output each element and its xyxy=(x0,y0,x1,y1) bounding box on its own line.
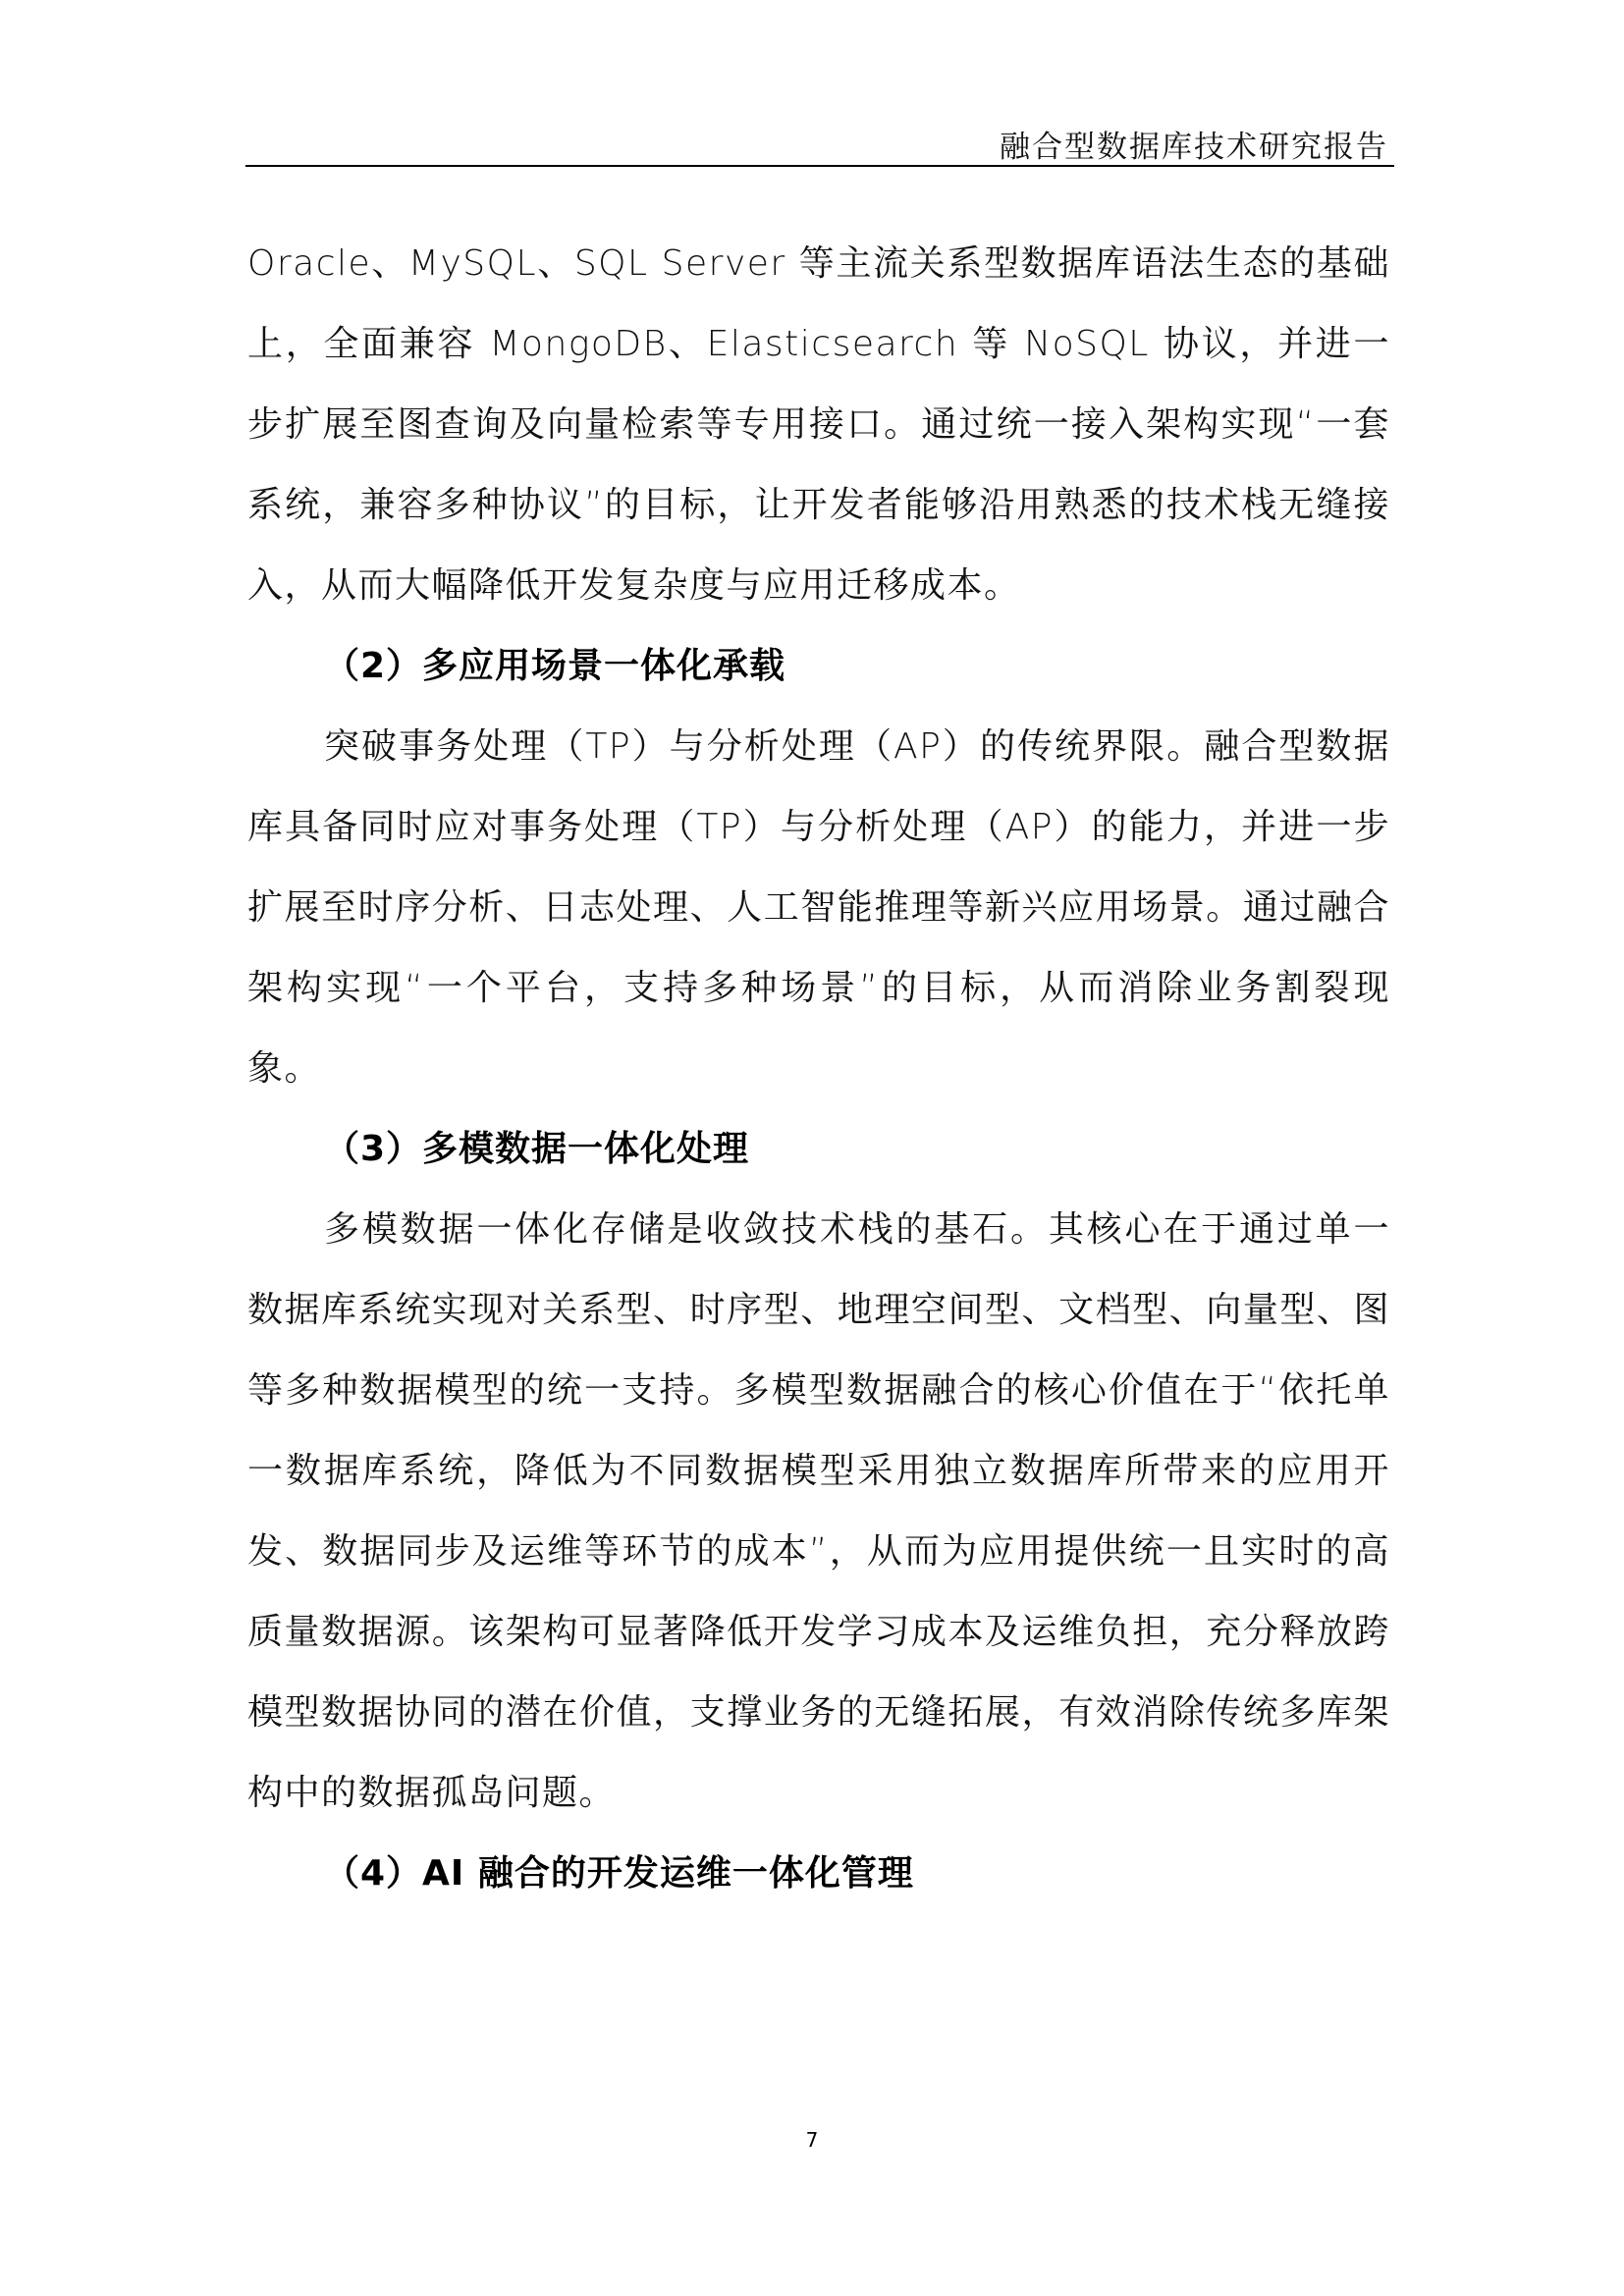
section-heading-multi-model: （3）多模数据一体化处理 xyxy=(247,1109,1390,1190)
paragraph-multi-scenario: 突破事务处理（TP）与分析处理（AP）的传统界限。融合型数据库具备同时应对事务处… xyxy=(247,707,1390,1109)
section-heading-ai-devops: （4）AI 融合的开发运维一体化管理 xyxy=(247,1834,1390,1914)
document-body: Oracle、MySQL、SQL Server 等主流关系型数据库语法生态的基础… xyxy=(247,224,1390,1914)
report-title: 融合型数据库技术研究报告 xyxy=(1000,122,1388,166)
page-number: 7 xyxy=(0,2128,1624,2152)
section-heading-multi-scenario: （2）多应用场景一体化承载 xyxy=(247,626,1390,707)
page-header: 融合型数据库技术研究报告 xyxy=(245,116,1394,167)
paragraph-protocol-compatibility: Oracle、MySQL、SQL Server 等主流关系型数据库语法生态的基础… xyxy=(247,224,1390,626)
paragraph-multi-model: 多模数据一体化存储是收敛技术栈的基石。其核心在于通过单一数据库系统实现对关系型、… xyxy=(247,1190,1390,1834)
